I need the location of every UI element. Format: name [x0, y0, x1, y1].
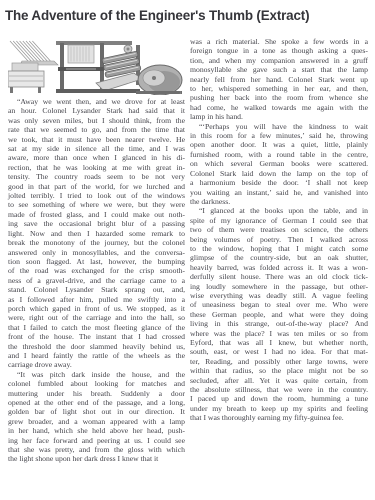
text-line: that I failed to catch the most fleeting…: [8, 323, 185, 332]
text-line: we took, that it must have been nearer t…: [8, 135, 185, 144]
text-line: being volumes of poetry. Then I walked a…: [190, 235, 368, 244]
text-line: an hour. Colonel Lysander Stark had said…: [8, 106, 185, 115]
text-line: colonel fumbled about looking for matche…: [8, 379, 185, 388]
text-line: jolted terribly. I tried to look out of …: [8, 191, 185, 200]
text-line: to see something of where we were, but t…: [8, 200, 185, 209]
text-line: derfully silent house. There was an old …: [190, 272, 368, 281]
press-engraving-illustration: 1: [8, 37, 184, 95]
paragraph: was a rich material. She spoke a few wor…: [190, 37, 368, 122]
text-line: “Away we went then, and we drove for at …: [8, 97, 185, 106]
text-line: south, east, or west I had no idea. For …: [190, 347, 368, 356]
text-line: the darkness.: [190, 197, 368, 206]
text-line: pushing her back into the room from when…: [190, 93, 368, 102]
text-line: rection, that he was looking at me with …: [8, 163, 185, 172]
paragraph: “‘Perhaps you will have the kindness to …: [190, 122, 368, 207]
text-line: “It was pitch dark inside the house, and…: [8, 370, 185, 379]
text-line: carriage drove away.: [8, 360, 185, 369]
text-line: as I followed after him, pulled me swift…: [8, 295, 185, 304]
text-line: lamp in his hand.: [190, 112, 368, 121]
left-column: 1 “Away we went then, and we drove for a…: [8, 37, 185, 464]
slat-fan-icon: [10, 41, 50, 61]
text-line: to the window, hoping that I might catch…: [190, 244, 368, 253]
text-line: break the monotony of the journey, but t…: [8, 238, 185, 247]
text-line: and I heard faintly the rattle of the wh…: [8, 351, 185, 360]
text-line: secluded, after all. Yet it was quite ce…: [190, 376, 368, 385]
text-line: tensity. The country roads seem to be no…: [8, 172, 185, 181]
paragraph: “I glanced at the books upon the table, …: [190, 206, 368, 422]
text-line: “‘Perhaps you will have the kindness to …: [190, 122, 368, 131]
cabinet-icon: [8, 63, 44, 93]
text-line: on which several German books were scatt…: [190, 159, 368, 168]
text-line: tion soon flagged. At last, however, the…: [8, 257, 185, 266]
text-line: under my breath to keep up my spirits an…: [190, 404, 368, 413]
text-line: glimpse of the country-side, but an oak …: [190, 253, 368, 262]
text-line: monosyllable she gave such a start that …: [190, 65, 368, 74]
text-line: wise everything was deadly still. A vagu…: [190, 291, 368, 300]
text-line: rate that we seemed to go, and from the …: [8, 125, 185, 134]
text-line: muttering under his breath. Suddenly a d…: [8, 389, 185, 398]
text-line: Colonel Stark laid down the lamp on the …: [190, 169, 368, 178]
plate-icon: [68, 45, 94, 63]
text-line: ing loudly somewhere in the passage, but…: [190, 282, 368, 291]
text-line: nearly fell from her hand. Colonel Stark…: [190, 75, 368, 84]
text-line: within that radius, so the place might n…: [190, 366, 368, 375]
text-line: I paced up and down the room, humming a …: [190, 394, 368, 403]
text-line: good in that part of the world, for we l…: [8, 182, 185, 191]
text-line: that she was pretty, and from the gloss …: [8, 445, 185, 454]
text-line: opened at the other end of the passage, …: [8, 398, 185, 407]
text-line: heavily barred, was folded across it. It…: [190, 263, 368, 272]
text-line: stand. Colonel Lysander Stark sprang out…: [8, 285, 185, 294]
text-line: furnished room, with a round table in th…: [190, 150, 368, 159]
text-line: of uneasiness began to steal over me. Wh…: [190, 300, 368, 309]
text-line: made of frosted glass, and I could make …: [8, 210, 185, 219]
text-line: grew broader, and a woman appeared with …: [8, 417, 185, 426]
text-line: was only seven miles, but I should think…: [8, 116, 185, 125]
drum-icon: [138, 65, 182, 95]
text-line: “I glanced at the books upon the table, …: [190, 206, 368, 215]
text-line: ing her face forward and peering at us. …: [8, 436, 185, 445]
text-line: you waiting an instant,’ said he, and va…: [190, 188, 368, 197]
text-line: answered only in monosyllables, and the …: [8, 248, 185, 257]
text-line: were, right out of the carriage and into…: [8, 313, 185, 322]
text-line: two of them were treatises on science, t…: [190, 225, 368, 234]
right-column: was a rich material. She spoke a few wor…: [190, 37, 368, 423]
text-line: open another door. It was a quiet, littl…: [190, 140, 368, 149]
text-line: ter, Reading, and possibly other large t…: [190, 357, 368, 366]
text-line: spite of my ignorance of German I could …: [190, 216, 368, 225]
text-line: the light shone upon her dark dress I kn…: [8, 454, 185, 463]
text-line: where was the place? I was ten miles or …: [190, 329, 368, 338]
pulley-icon: [124, 45, 132, 53]
text-line: to her, whispered something in her ear, …: [190, 84, 368, 93]
left-column-text: “Away we went then, and we drove for at …: [8, 97, 185, 464]
text-line: was a rich material. She spoke a few wor…: [190, 37, 368, 46]
text-line: front of the house. The instant that I h…: [8, 332, 185, 341]
paragraph: “It was pitch dark inside the house, and…: [8, 370, 185, 464]
text-line: Eyford, that was all I knew, but whether…: [190, 338, 368, 347]
text-line: sat at my side in silence all the time, …: [8, 144, 185, 153]
text-line: living in this strange, out-of-the-way p…: [190, 319, 368, 328]
page-title: The Adventure of the Engineer's Thumb (E…: [5, 8, 309, 23]
text-line: in her hand, which she held above her he…: [8, 426, 185, 435]
text-line: in this room for a few minutes,’ said he…: [190, 131, 368, 140]
text-line: a harmonium beside the door. ‘I shall no…: [190, 178, 368, 187]
text-line: of the road was exchanged for the crisp …: [8, 266, 185, 275]
text-line: tion, and when my companion answered in …: [190, 56, 368, 65]
text-line: ness of a gravel-drive, and the carriage…: [8, 276, 185, 285]
text-line: the threshold the door slammed heavily b…: [8, 342, 185, 351]
text-line: the absolute stillness, that we were in …: [190, 385, 368, 394]
text-line: had come, he walked towards me again wit…: [190, 103, 368, 112]
right-column-text: was a rich material. She spoke a few wor…: [190, 37, 368, 423]
text-line: golden bar of light shot out in our dire…: [8, 407, 185, 416]
text-line: porch which gaped in front of us. We sto…: [8, 304, 185, 313]
figure-number: 1: [179, 90, 181, 95]
text-line: aware, more than once when I glanced in …: [8, 153, 185, 162]
text-line: ing save the occasional bright blur of a…: [8, 219, 185, 228]
paragraph: “Away we went then, and we drove for at …: [8, 97, 185, 370]
text-line: these German people, and what were they …: [190, 310, 368, 319]
text-line: that I was thoroughly earning my fifty-g…: [190, 413, 368, 422]
text-line: light. Now and then I hazarded some rema…: [8, 229, 185, 238]
text-line: foreign tongue in a tone as though askin…: [190, 46, 368, 55]
